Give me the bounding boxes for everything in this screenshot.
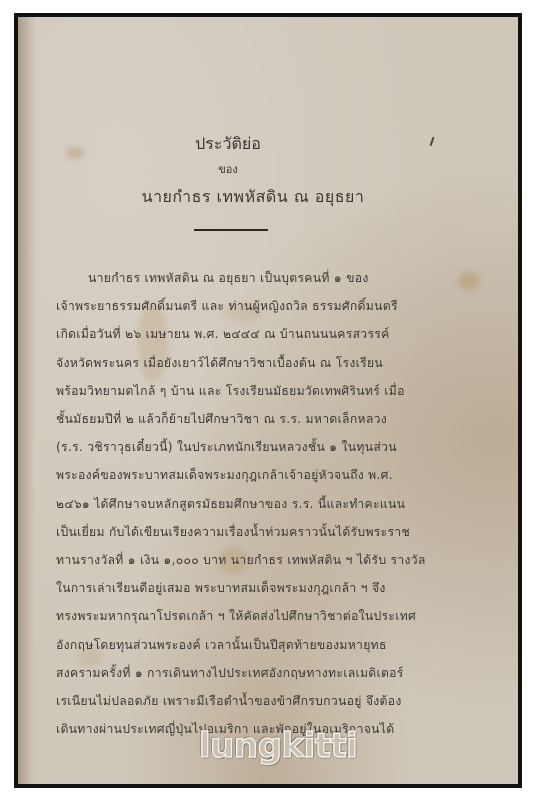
text-line: พร้อมวิทยามดไกล้ ๆ บ้าน และ โรงเรียนมัธย… (56, 377, 486, 405)
scanned-page-frame: ประวัติย่อ ของ นายกำธร เทพหัสดิน ณ อยุธย… (14, 13, 522, 788)
text-line: สงครามครั้งที่ ๑ การเดินทางไปประเทศอังกฤ… (56, 659, 486, 687)
text-line: ชั้นมัธยมปีที่ ๒ แล้วก็ย้ายไปศึกษาวิชา ณ… (56, 405, 486, 433)
page-content: ประวัติย่อ ของ นายกำธร เทพหัสดิน ณ อยุธย… (18, 17, 518, 784)
text-line: เรเนียนไม่ปลอดภัย เพราะมีเรือดำน้ำของข้า… (56, 687, 486, 715)
text-line: เป็นเยี่ยม กับได้เขียนเรียงความเรื่องน้ำ… (56, 518, 486, 546)
text-line: พระองค์ของพระบาทสมเด็จพระมงกุฎเกล้าเจ้าอ… (56, 461, 486, 489)
biography-paragraph: นายกำธร เทพหัสดิน ณ อยุธยา เป็นบุตรคนที่… (56, 264, 486, 743)
text-line: เจ้าพระยาธรรมศักดิ์มนตรี และ ท่านผู้หญิง… (56, 292, 486, 320)
text-line: ๒๔๖๑ ได้ศึกษาจบหลักสูตรมัธยมศึกษาของ ร.ร… (56, 490, 486, 518)
subject-name: นายกำธร เทพหัสดิน ณ อยุธยา (14, 185, 503, 210)
text-line: (ร.ร. วชิราวุธเดี๋ยวนี้) ในประเภทนักเรีย… (56, 433, 486, 461)
watermark-logo: lungkitti (199, 726, 357, 766)
title-underline (194, 229, 268, 231)
text-line: นายกำธร เทพหัสดิน ณ อยุธยา เป็นบุตรคนที่… (56, 264, 486, 292)
text-line: ทานรางวัลที่ ๑ เงิน ๑,๐๐๐ บาท นายกำธร เท… (56, 546, 486, 574)
document-title: ประวัติย่อ (14, 132, 478, 157)
text-line: ทรงพระมหากรุณาโปรดเกล้า ฯ ให้คัดส่งไปศึก… (56, 602, 486, 630)
text-line: จังหวัดพระนคร เมื่อยังเยาว์ได้ศึกษาวิชาเ… (56, 349, 486, 377)
text-line: อังกฤษโดยทุนส่วนพระองค์ เวลานั้นเป็นปีสุ… (56, 631, 486, 659)
text-line: ในการเล่าเรียนดีอยู่เสมอ พระบาทสมเด็จพระ… (56, 574, 486, 602)
text-line: เกิดเมื่อวันที่ ๒๖ เมษายน พ.ศ. ๒๔๔๔ ณ บ้… (56, 320, 486, 348)
title-connector: ของ (14, 160, 478, 178)
